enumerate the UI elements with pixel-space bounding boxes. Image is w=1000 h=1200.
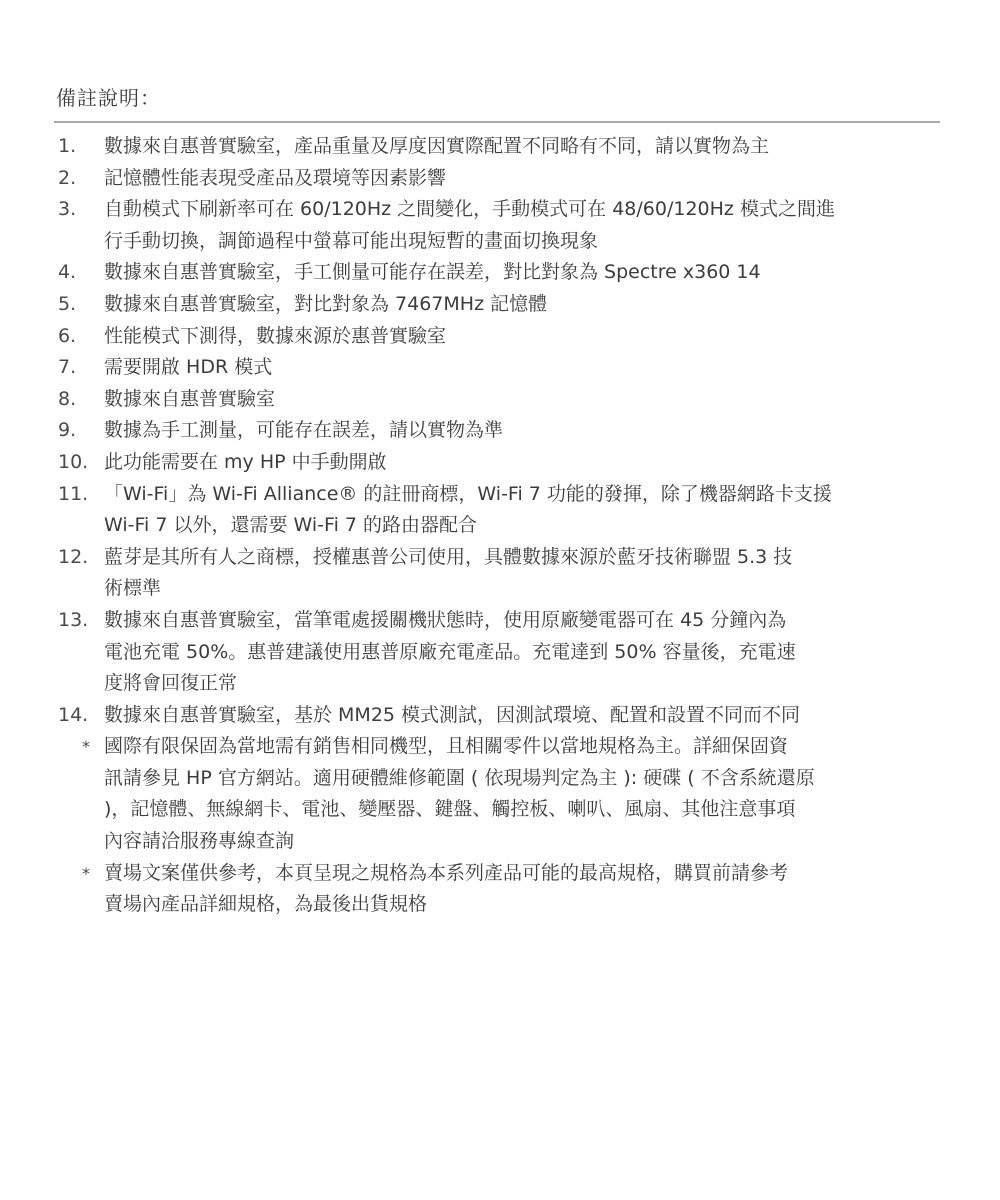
asterisk-marker: * <box>58 731 104 857</box>
note-text: 賣場文案僅供參考，本頁呈現之規格為本系列產品可能的最高規格，購買前請參考 賣場內… <box>104 858 948 921</box>
note-marker: 3. <box>58 194 104 257</box>
note-text: 數據來自惠普實驗室，產品重量及厚度因實際配置不同略有不同，請以實物為主 <box>104 131 948 163</box>
note-item: 6.性能模式下測得，數據來源於惠普實驗室 <box>58 321 948 353</box>
notes-title: 備註說明： <box>56 82 161 111</box>
notes-list: 1.數據來自惠普實驗室，產品重量及厚度因實際配置不同略有不同，請以實物為主 2.… <box>58 131 948 921</box>
note-text: 藍芽是其所有人之商標，授權惠普公司使用，具體數據來源於藍牙技術聯盟 5.3 技 … <box>104 542 948 605</box>
note-marker: 9. <box>58 415 104 447</box>
note-item: 4.數據來自惠普實驗室，手工側量可能存在誤差，對比對象為 Spectre x36… <box>58 257 948 289</box>
note-marker: 1. <box>58 131 104 163</box>
note-marker: 11. <box>58 479 104 542</box>
note-text: 需要開啟 HDR 模式 <box>104 352 948 384</box>
note-item: 8.數據來自惠普實驗室 <box>58 384 948 416</box>
note-item: 11.「Wi-Fi」為 Wi-Fi Alliance® 的註冊商標，Wi-Fi … <box>58 479 948 542</box>
note-item: 10.此功能需要在 my HP 中手動開啟 <box>58 447 948 479</box>
note-text: 國際有限保固為當地需有銷售相同機型，且相關零件以當地規格為主。詳細保固資 訊請參… <box>104 731 948 857</box>
note-text: 數據來自惠普實驗室，基於 MM25 模式測試，因測試環境、配置和設置不同而不同 <box>104 700 948 732</box>
note-text: 「Wi-Fi」為 Wi-Fi Alliance® 的註冊商標，Wi-Fi 7 功… <box>104 479 948 542</box>
note-text: 數據為手工測量，可能存在誤差，請以實物為準 <box>104 415 948 447</box>
note-marker: 7. <box>58 352 104 384</box>
note-text: 數據來自惠普實驗室 <box>104 384 948 416</box>
note-marker: 6. <box>58 321 104 353</box>
note-text: 此功能需要在 my HP 中手動開啟 <box>104 447 948 479</box>
note-item: 2.記憶體性能表現受產品及環境等因素影響 <box>58 163 948 195</box>
note-text: 記憶體性能表現受產品及環境等因素影響 <box>104 163 948 195</box>
note-item: 9.數據為手工測量，可能存在誤差，請以實物為準 <box>58 415 948 447</box>
note-marker: 2. <box>58 163 104 195</box>
note-item: 5.數據來自惠普實驗室，對比對象為 7467MHz 記憶體 <box>58 289 948 321</box>
note-item-asterisk: *國際有限保固為當地需有銷售相同機型，且相關零件以當地規格為主。詳細保固資 訊請… <box>58 731 948 857</box>
note-item: 12.藍芽是其所有人之商標，授權惠普公司使用，具體數據來源於藍牙技術聯盟 5.3… <box>58 542 948 605</box>
note-marker: 5. <box>58 289 104 321</box>
note-item: 7.需要開啟 HDR 模式 <box>58 352 948 384</box>
note-marker: 10. <box>58 447 104 479</box>
note-text: 數據來自惠普實驗室，對比對象為 7467MHz 記憶體 <box>104 289 948 321</box>
note-marker: 13. <box>58 605 104 700</box>
note-item-asterisk: *賣場文案僅供參考，本頁呈現之規格為本系列產品可能的最高規格，購買前請參考 賣場… <box>58 858 948 921</box>
note-item: 13.數據來自惠普實驗室，當筆電處援關機狀態時，使用原廠變電器可在 45 分鐘內… <box>58 605 948 700</box>
note-text: 數據來自惠普實驗室，當筆電處援關機狀態時，使用原廠變電器可在 45 分鐘內為 電… <box>104 605 948 700</box>
note-text: 數據來自惠普實驗室，手工側量可能存在誤差，對比對象為 Spectre x360 … <box>104 257 948 289</box>
asterisk-marker: * <box>58 858 104 921</box>
note-marker: 14. <box>58 700 104 732</box>
note-item: 14.數據來自惠普實驗室，基於 MM25 模式測試，因測試環境、配置和設置不同而… <box>58 700 948 732</box>
note-item: 1.數據來自惠普實驗室，產品重量及厚度因實際配置不同略有不同，請以實物為主 <box>58 131 948 163</box>
note-marker: 8. <box>58 384 104 416</box>
note-marker: 12. <box>58 542 104 605</box>
divider <box>54 121 940 123</box>
note-text: 性能模式下測得，數據來源於惠普實驗室 <box>104 321 948 353</box>
note-marker: 4. <box>58 257 104 289</box>
note-item: 3.自動模式下刷新率可在 60/120Hz 之間變化，手動模式可在 48/60/… <box>58 194 948 257</box>
note-text: 自動模式下刷新率可在 60/120Hz 之間變化，手動模式可在 48/60/12… <box>104 194 948 257</box>
